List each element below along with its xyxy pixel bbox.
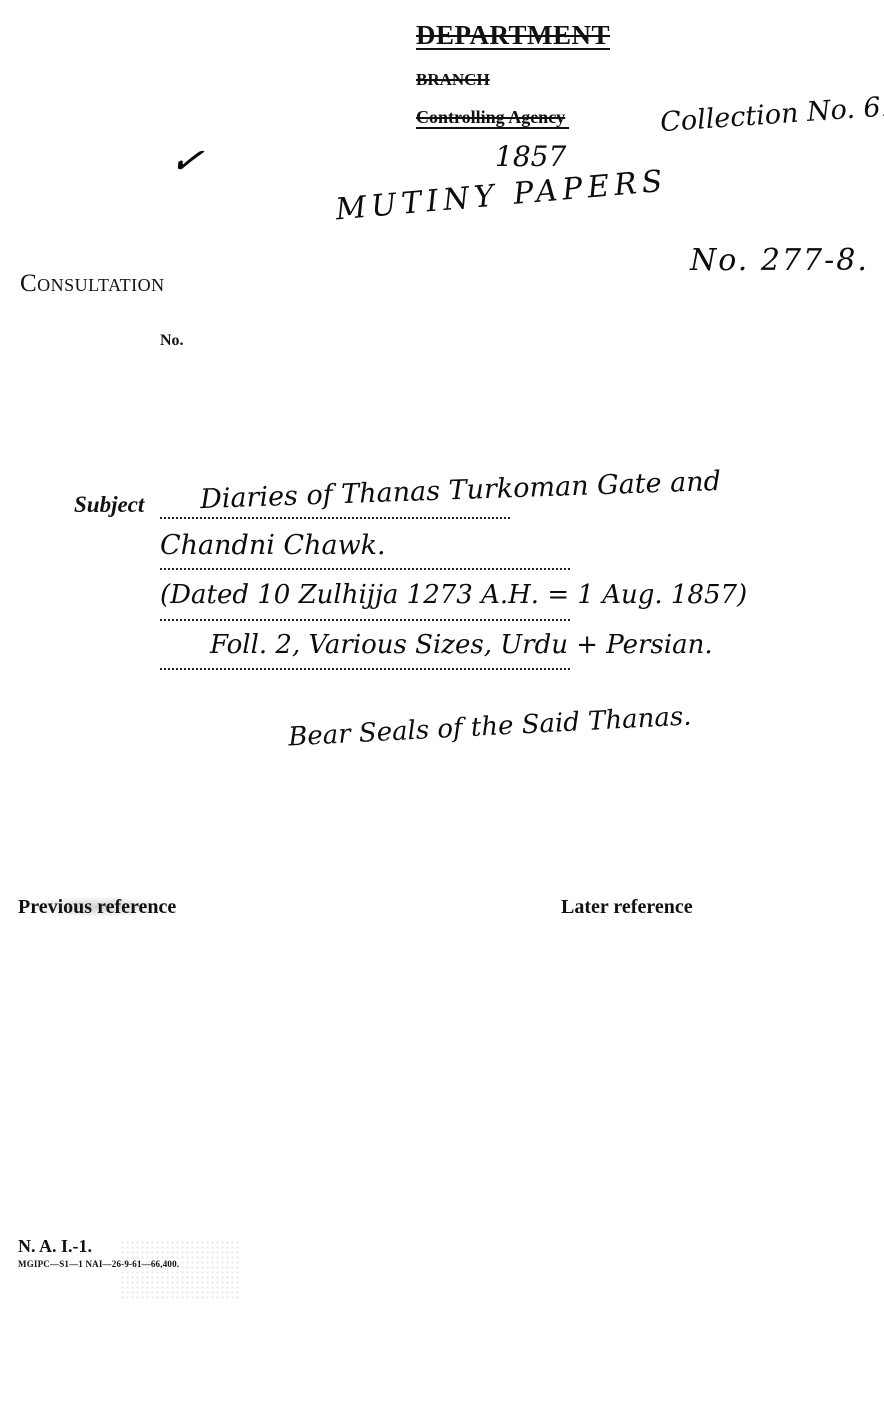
subject-dotted-line: [160, 568, 570, 570]
print-noise: [120, 1240, 240, 1300]
branch-label: BRANCH: [416, 70, 490, 90]
subject-dotted-line: [160, 668, 570, 670]
previous-reference-text: Previous reference: [18, 896, 176, 918]
subject-line: Chandni Chawk.: [160, 530, 386, 561]
form-id: N. A. I.-1.: [18, 1236, 92, 1257]
seals-note: Bear Seals of the Said Thanas.: [287, 701, 692, 752]
previous-reference-label: Previous reference: [18, 896, 176, 919]
subject-line: Foll. 2, Various Sizes, Urdu + Persian.: [210, 630, 713, 660]
subject-line: (Dated 10 Zulhijja 1273 A.H. = 1 Aug. 18…: [160, 580, 747, 610]
later-reference-label: Later reference: [561, 896, 693, 919]
collection-note: Collection No. 61: [659, 91, 884, 139]
check-mark-icon: ✓: [167, 136, 207, 186]
department-label: DEPARTMENT: [416, 22, 610, 50]
consultation-number-label: No.: [160, 332, 184, 350]
subject-line: Diaries of Thanas Turkoman Gate and: [200, 466, 722, 515]
file-number: No. 277-8.: [690, 243, 869, 278]
printer-imprint: MGIPC—S1—1 NAI—26-9-61—66,400.: [18, 1259, 179, 1269]
subject-label: Subject: [74, 492, 144, 518]
subject-dotted-line: [160, 619, 570, 621]
collection-title: MUTINY PAPERS: [334, 164, 669, 228]
consultation-label: Consultation: [20, 270, 165, 298]
controlling-agency-label: Controlling Agency: [416, 107, 569, 129]
subject-dotted-line: [160, 517, 510, 519]
year-note: 1857: [495, 140, 566, 173]
